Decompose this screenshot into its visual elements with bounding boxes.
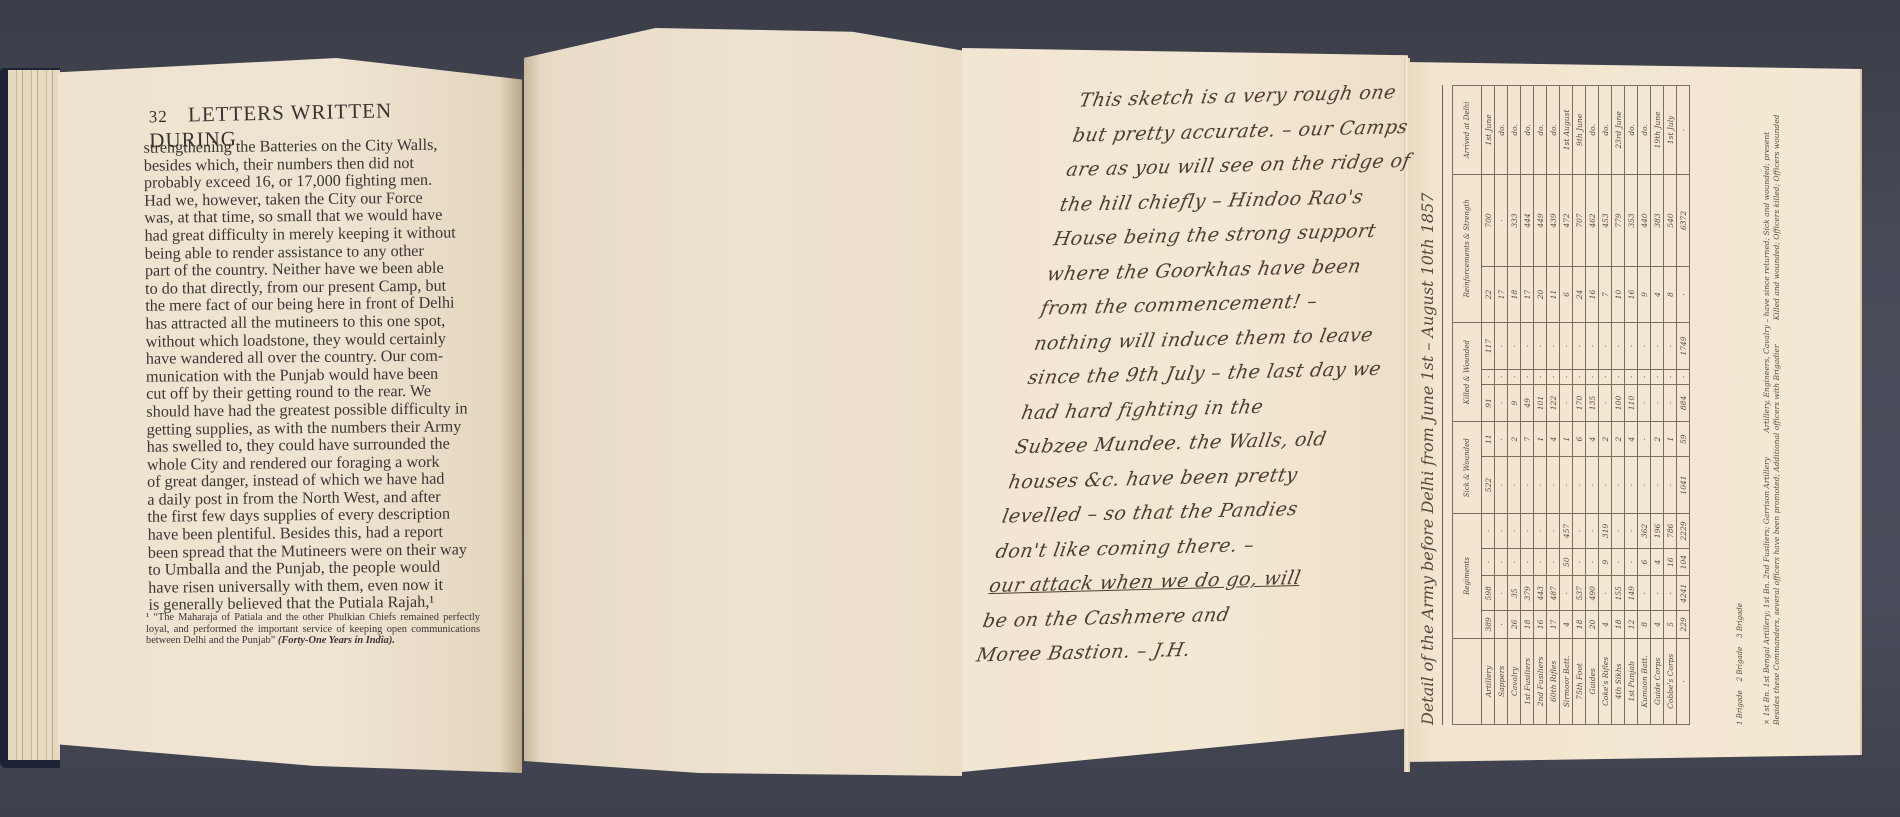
table-cell: 20 xyxy=(1534,267,1547,323)
table-cell: Guide Corps xyxy=(1651,638,1664,724)
table-row: Guides20490···4135··16462do. xyxy=(1586,86,1599,725)
table-cell: 135 xyxy=(1586,384,1599,422)
table-cell: 4 xyxy=(1651,611,1664,639)
table-cell: 444 xyxy=(1521,174,1534,266)
table-cell: · xyxy=(1573,456,1586,513)
table-cell: · xyxy=(1547,370,1560,384)
table-cell: 4 xyxy=(1625,422,1638,457)
table-cell: 4th Sikhs xyxy=(1612,638,1625,724)
table-cell: do. xyxy=(1534,86,1547,175)
table-cell: 91 xyxy=(1482,384,1495,422)
table-cell: · xyxy=(1664,456,1677,513)
table-cell: · xyxy=(1599,384,1612,422)
table-cell: · xyxy=(1586,322,1599,369)
table-cell: · xyxy=(1638,422,1651,457)
table-cell: · xyxy=(1677,638,1690,724)
table-cell: 1041 xyxy=(1677,456,1690,513)
table-cell: · xyxy=(1586,548,1599,576)
brigade-label: 1 Brigade xyxy=(1736,690,1744,725)
table-cell: 700 xyxy=(1482,174,1495,266)
table-cell: 26 xyxy=(1508,611,1521,639)
table-cell: 2 xyxy=(1599,422,1612,457)
table-cell: do. xyxy=(1599,86,1612,175)
table-cell: · xyxy=(1638,456,1651,513)
table-cell: 20 xyxy=(1586,611,1599,639)
table-cell: 333 xyxy=(1508,174,1521,266)
table-cell: Sappers xyxy=(1495,638,1508,724)
table-cell: 50 xyxy=(1560,548,1573,576)
table-cell: Cavalry xyxy=(1508,638,1521,724)
table-cell: · xyxy=(1599,370,1612,384)
table-cell: 319 xyxy=(1599,514,1612,549)
column-header: Regiments xyxy=(1453,514,1482,639)
body-text: strengthening the Batteries on the City … xyxy=(144,136,483,615)
table-cell: · xyxy=(1521,322,1534,369)
table-cell: · xyxy=(1573,514,1586,549)
table-cell: 4 xyxy=(1560,611,1573,639)
table-cell: · xyxy=(1534,548,1547,576)
table-row: Cobbe's Corps5·16786·1···85401st July xyxy=(1664,86,1677,725)
table-cell: 383 xyxy=(1651,174,1664,266)
side-note: Killed and wounded; Officers killed; Off… xyxy=(1772,115,1782,321)
table-row: Cavalry2635···29··18333do. xyxy=(1508,86,1521,725)
table-cell: 196 xyxy=(1651,514,1664,549)
brigade-labels: 1 Brigade 2 Brigade 3 Brigade xyxy=(1736,85,1744,725)
table-cell: 18 xyxy=(1521,611,1534,639)
table-cell: 17 xyxy=(1495,267,1508,323)
table-cell: · xyxy=(1651,456,1664,513)
table-cell: · xyxy=(1482,548,1495,576)
table-cell: · xyxy=(1651,576,1664,611)
table-cell: 440 xyxy=(1638,174,1651,266)
table-cell: · xyxy=(1573,548,1586,576)
table-row: Coke's Rifles4·9319·2···7453do. xyxy=(1599,86,1612,725)
table-cell: · xyxy=(1521,370,1534,384)
table-cell: 1st June xyxy=(1482,86,1495,175)
table-cell: Artillery xyxy=(1482,638,1495,724)
table-cell: · xyxy=(1560,322,1573,369)
table-cell: · xyxy=(1495,611,1508,639)
table-cell: · xyxy=(1599,322,1612,369)
table-cell: · xyxy=(1534,370,1547,384)
table-cell: · xyxy=(1560,576,1573,611)
table-cell: · xyxy=(1495,384,1508,422)
column-header xyxy=(1453,638,1482,724)
table-row: 4th Sikhs18155···2100··1077923rd June xyxy=(1612,86,1625,725)
table-cell: 1749 xyxy=(1677,322,1690,369)
table-cell: do. xyxy=(1625,86,1638,175)
table-cell: · xyxy=(1508,322,1521,369)
table-cell: · xyxy=(1573,322,1586,369)
table-cell: 9 xyxy=(1599,548,1612,576)
table-cell: 170 xyxy=(1573,384,1586,422)
table-cell: 4 xyxy=(1547,422,1560,457)
table-cell: 6 xyxy=(1573,422,1586,457)
table-cell: · xyxy=(1534,514,1547,549)
table-cell: 537 xyxy=(1573,576,1586,611)
brigade-label: 2 Brigade xyxy=(1736,647,1744,682)
table-row: 60th Rifles17487···4122··11439do. xyxy=(1547,86,1560,725)
column-header: Reinforcements & Strength xyxy=(1453,174,1482,322)
table-cell: 23rd June xyxy=(1612,86,1625,175)
table-cell: 4 xyxy=(1586,422,1599,457)
table-cell: do. xyxy=(1521,86,1534,175)
table-cell: 5 xyxy=(1664,611,1677,639)
table-cell: 1st Punjab xyxy=(1625,638,1638,724)
table-cell: · xyxy=(1586,370,1599,384)
table-cell: 18 xyxy=(1573,611,1586,639)
table-cell: · xyxy=(1612,370,1625,384)
table-cell: Sirmoor Batt. xyxy=(1560,638,1573,724)
table-cell: Guides xyxy=(1586,638,1599,724)
table-cell: 540 xyxy=(1664,174,1677,266)
table-cell: · xyxy=(1547,548,1560,576)
footnote-marker: ¹ xyxy=(146,612,149,623)
table-cell: 1 xyxy=(1534,422,1547,457)
table-cell: 22 xyxy=(1482,267,1495,323)
table-cell: do. xyxy=(1547,86,1560,175)
table-cell: 122 xyxy=(1547,384,1560,422)
table-cell: 110 xyxy=(1625,384,1638,422)
table-cell: · xyxy=(1495,456,1508,513)
table-cell: · xyxy=(1599,576,1612,611)
table-cell: · xyxy=(1495,174,1508,266)
table-cell: 9 xyxy=(1508,384,1521,422)
table-cell: · xyxy=(1495,514,1508,549)
table-cell: 884 xyxy=(1677,384,1690,422)
table-cell: · xyxy=(1612,514,1625,549)
page-edges xyxy=(8,70,60,760)
table-cell: 6 xyxy=(1638,548,1651,576)
table-cell: · xyxy=(1625,370,1638,384)
table-cell: 389 xyxy=(1482,611,1495,639)
table-cell: · xyxy=(1508,456,1521,513)
brigade-label: 3 Brigade xyxy=(1736,603,1744,638)
table-row: Guide Corps4·4196·2···438319th June xyxy=(1651,86,1664,725)
table-cell: · xyxy=(1651,322,1664,369)
table-cell: · xyxy=(1651,370,1664,384)
table-cell: 100 xyxy=(1612,384,1625,422)
footnote: ¹ “The Maharaja of Patiala and the other… xyxy=(146,612,480,647)
table-cell: · xyxy=(1560,456,1573,513)
table-cell: · xyxy=(1521,548,1534,576)
table-cell: · xyxy=(1508,370,1521,384)
table-cell: 786 xyxy=(1664,514,1677,549)
table-cell: 4241 xyxy=(1677,576,1690,611)
table-cell: · xyxy=(1547,514,1560,549)
table-cell: · xyxy=(1664,322,1677,369)
table-cell: Cobbe's Corps xyxy=(1664,638,1677,724)
table-cell: 379 xyxy=(1521,576,1534,611)
side-note: × 1st Bn. 1st Bengal Artillery; 1st Bn. … xyxy=(1762,457,1772,725)
table-cell: 104 xyxy=(1677,548,1690,576)
table-cell: 2nd Fusiliers xyxy=(1534,638,1547,724)
table-cell: · xyxy=(1638,370,1651,384)
table-cell: 18 xyxy=(1612,611,1625,639)
table-cell: 7 xyxy=(1599,267,1612,323)
table-cell: · xyxy=(1599,456,1612,513)
table-cell: · xyxy=(1664,384,1677,422)
table-cell: · xyxy=(1521,514,1534,549)
table-cell: 9th June xyxy=(1573,86,1586,175)
table-cell: · xyxy=(1664,576,1677,611)
table-cell: 117 xyxy=(1482,322,1495,369)
table-cell: · xyxy=(1677,86,1690,175)
table-cell: 18 xyxy=(1508,267,1521,323)
table-cell: 353 xyxy=(1625,174,1638,266)
table-cell: · xyxy=(1547,456,1560,513)
table-cell: 11 xyxy=(1547,267,1560,323)
table-cell: Coke's Rifles xyxy=(1599,638,1612,724)
table-cell: 2 xyxy=(1508,422,1521,457)
table-cell: · xyxy=(1638,322,1651,369)
table-cell: 439 xyxy=(1547,174,1560,266)
table-cell: · xyxy=(1534,322,1547,369)
footnote-source: (Forty-One Years in India). xyxy=(278,635,395,646)
table-cell: 1st July xyxy=(1664,86,1677,175)
table-row: 2nd Fusiliers16443···1101··20449do. xyxy=(1534,86,1547,725)
table-cell: · xyxy=(1638,384,1651,422)
side-note: Besides these Commanders, several office… xyxy=(1772,345,1782,725)
table-cell: 8 xyxy=(1638,611,1651,639)
table-cell: 6372 xyxy=(1677,174,1690,266)
table-cell: do. xyxy=(1586,86,1599,175)
table-title: Detail of the Army before Delhi from Jun… xyxy=(1418,85,1443,725)
table-cell: 229 xyxy=(1677,611,1690,639)
table-cell: 779 xyxy=(1612,174,1625,266)
table-cell: 487 xyxy=(1547,576,1560,611)
blank-page xyxy=(524,28,962,776)
table-cell: · xyxy=(1651,384,1664,422)
table-cell: 4 xyxy=(1651,548,1664,576)
table-grid: Regiments Sick & Wounded Killed & Wounde… xyxy=(1452,85,1690,725)
table-cell: 453 xyxy=(1599,174,1612,266)
table-cell: · xyxy=(1677,370,1690,384)
table-row: 1st Fusiliers18379···749··17444do. xyxy=(1521,86,1534,725)
table-cell: · xyxy=(1664,370,1677,384)
table-cell: 2229 xyxy=(1677,514,1690,549)
table-cell: · xyxy=(1625,322,1638,369)
page-number: 32 xyxy=(149,107,168,126)
table-cell: · xyxy=(1677,267,1690,323)
table-cell: · xyxy=(1534,456,1547,513)
table-cell: 449 xyxy=(1534,174,1547,266)
table-cell: 35 xyxy=(1508,576,1521,611)
table-totals-row: ·22942411042229104159884·1749·6372· xyxy=(1677,86,1690,725)
table-cell: 16 xyxy=(1586,267,1599,323)
table-cell: 462 xyxy=(1586,174,1599,266)
table-cell: do. xyxy=(1495,86,1508,175)
table-row: 1st Punjab12149···4110··16353do. xyxy=(1625,86,1638,725)
table-cell: · xyxy=(1495,548,1508,576)
table-cell: · xyxy=(1495,370,1508,384)
table-cell: · xyxy=(1560,384,1573,422)
table-cell: · xyxy=(1560,370,1573,384)
table-cell: 598 xyxy=(1482,576,1495,611)
table-cell: 19th June xyxy=(1651,86,1664,175)
table-row: Sirmoor Batt.4·50457·1···64721st August xyxy=(1560,86,1573,725)
table-cell: 17 xyxy=(1521,267,1534,323)
table-row: Artillery389598··5221191·117227001st Jun… xyxy=(1482,86,1495,725)
table-cell: · xyxy=(1547,322,1560,369)
table-cell: 8 xyxy=(1664,267,1677,323)
column-header: Killed & Wounded xyxy=(1453,322,1482,421)
table-cell: · xyxy=(1482,370,1495,384)
table-cell: 60th Rifles xyxy=(1547,638,1560,724)
table-cell: 16 xyxy=(1664,548,1677,576)
table-cell: 9 xyxy=(1638,267,1651,323)
table-side-notes: × 1st Bn. 1st Bengal Artillery; 1st Bn. … xyxy=(1762,85,1822,725)
table-cell: 12 xyxy=(1625,611,1638,639)
table-cell: 4 xyxy=(1599,611,1612,639)
table-cell: 59 xyxy=(1677,422,1690,457)
table-cell: do. xyxy=(1508,86,1521,175)
table-cell: 707 xyxy=(1573,174,1586,266)
table-cell: · xyxy=(1625,456,1638,513)
table-cell: · xyxy=(1495,322,1508,369)
table-cell: 11 xyxy=(1482,422,1495,457)
table-cell: do. xyxy=(1638,86,1651,175)
table-cell: 1 xyxy=(1560,422,1573,457)
table-cell: · xyxy=(1495,576,1508,611)
army-detail-table: Detail of the Army before Delhi from Jun… xyxy=(1418,85,1758,725)
table-cell: 1st August xyxy=(1560,86,1573,175)
table-cell: 10 xyxy=(1612,267,1625,323)
table-row: Sappers·········17·do. xyxy=(1495,86,1508,725)
column-header: Sick & Wounded xyxy=(1453,422,1482,514)
table-cell: Kumaon Batt. xyxy=(1638,638,1651,724)
table-cell: 6 xyxy=(1560,267,1573,323)
table-cell: 17 xyxy=(1547,611,1560,639)
table-cell: · xyxy=(1573,370,1586,384)
side-note: Artillery, Engineers, Cavalry – have sin… xyxy=(1762,132,1772,433)
table-cell: 49 xyxy=(1521,384,1534,422)
table-cell: · xyxy=(1521,456,1534,513)
table-cell: 1st Fusiliers xyxy=(1521,638,1534,724)
table-cell: 457 xyxy=(1560,514,1573,549)
table-cell: 2 xyxy=(1651,422,1664,457)
table-cell: 155 xyxy=(1612,576,1625,611)
table-cell: 1 xyxy=(1664,422,1677,457)
table-cell: · xyxy=(1508,548,1521,576)
table-cell: 522 xyxy=(1482,456,1495,513)
table-cell: · xyxy=(1482,514,1495,549)
table-cell: 490 xyxy=(1586,576,1599,611)
table-cell: 149 xyxy=(1625,576,1638,611)
table-cell: 75th Foot xyxy=(1573,638,1586,724)
table-cell: · xyxy=(1612,456,1625,513)
table-row: Kumaon Batt.8·6362·····9440do. xyxy=(1638,86,1651,725)
table-cell: 472 xyxy=(1560,174,1573,266)
table-cell: · xyxy=(1612,322,1625,369)
table-cell: 24 xyxy=(1573,267,1586,323)
table-cell: · xyxy=(1495,422,1508,457)
table-cell: · xyxy=(1638,576,1651,611)
table-cell: · xyxy=(1508,514,1521,549)
table-cell: 16 xyxy=(1625,267,1638,323)
table-cell: · xyxy=(1586,514,1599,549)
table-cell: 2 xyxy=(1612,422,1625,457)
table-cell: 16 xyxy=(1534,611,1547,639)
table-cell: 362 xyxy=(1638,514,1651,549)
table-cell: 7 xyxy=(1521,422,1534,457)
table-row: 75th Foot18537···6170··247079th June xyxy=(1573,86,1586,725)
table-cell: 4 xyxy=(1651,267,1664,323)
column-header: Arrived at Delhi xyxy=(1453,86,1482,175)
table-cell: 101 xyxy=(1534,384,1547,422)
table-cell: 443 xyxy=(1534,576,1547,611)
table-cell: · xyxy=(1586,456,1599,513)
table-cell: · xyxy=(1625,548,1638,576)
table-cell: · xyxy=(1612,548,1625,576)
table-cell: · xyxy=(1625,514,1638,549)
